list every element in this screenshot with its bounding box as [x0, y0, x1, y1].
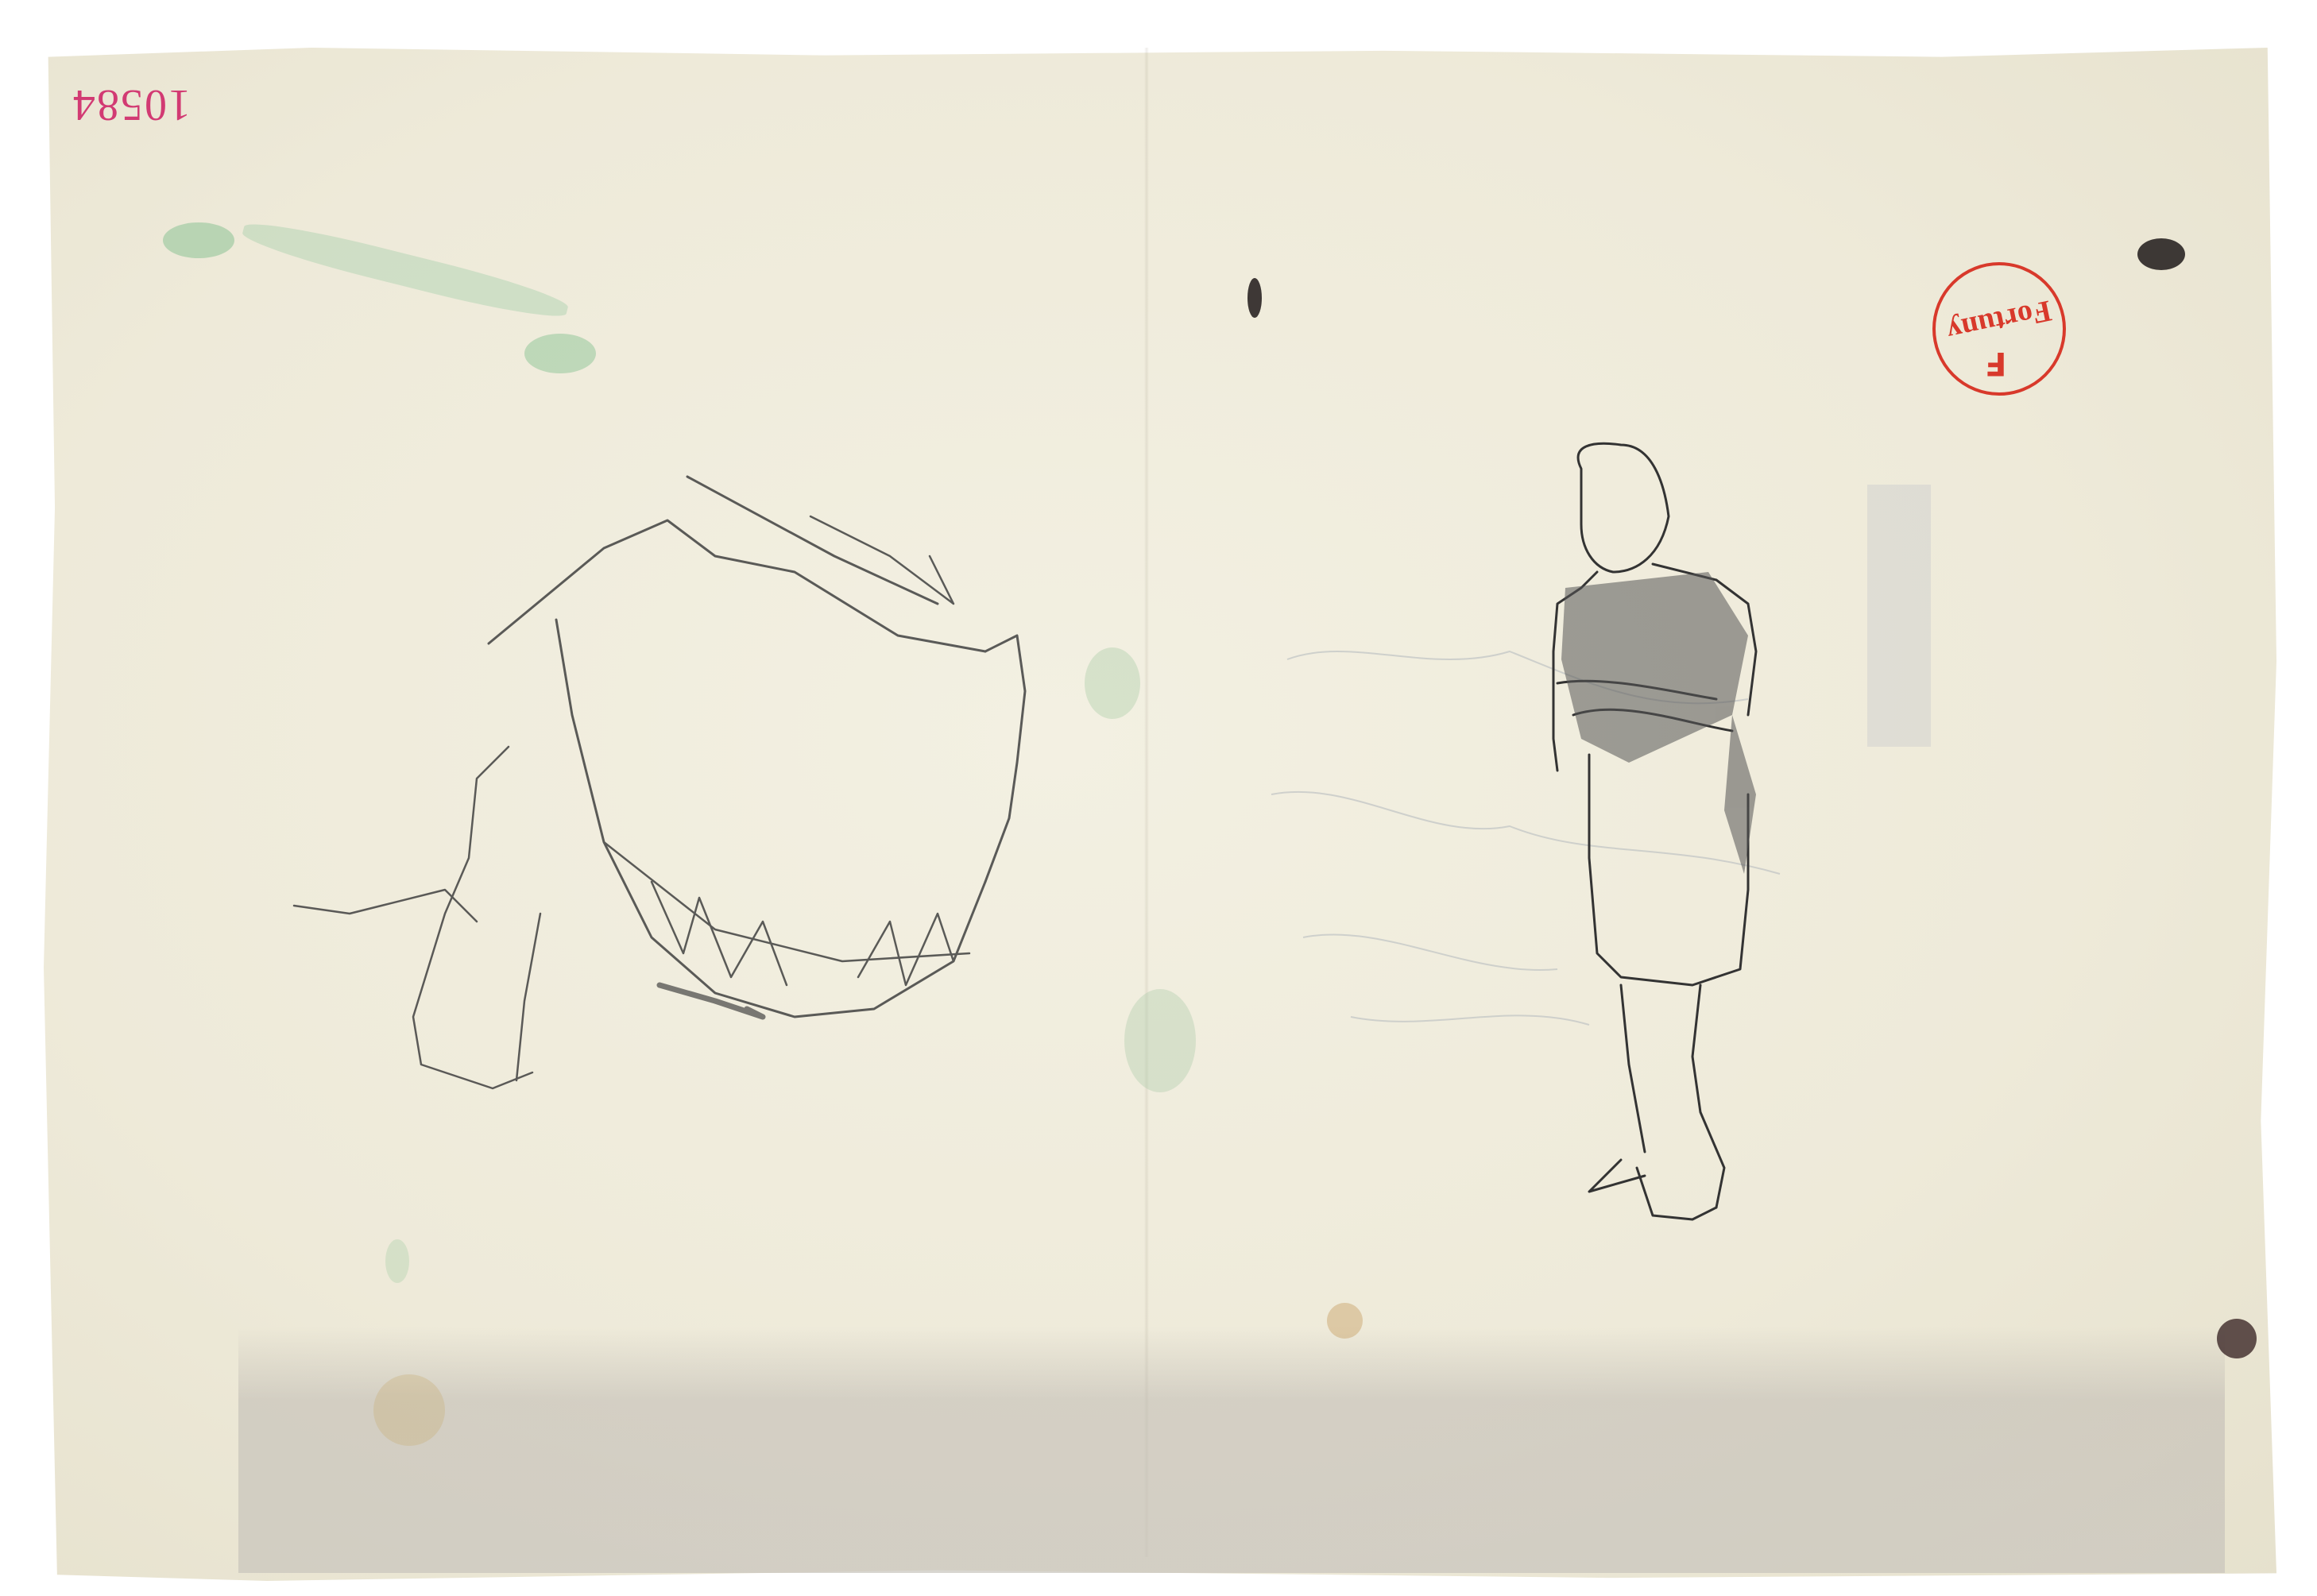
figure-shading [1561, 572, 1756, 874]
standing-figure [1553, 443, 1756, 1219]
pencil-drawings [0, 0, 2317, 1596]
faint-blue-rectangle [1867, 485, 1931, 747]
left-study [294, 477, 1025, 1088]
